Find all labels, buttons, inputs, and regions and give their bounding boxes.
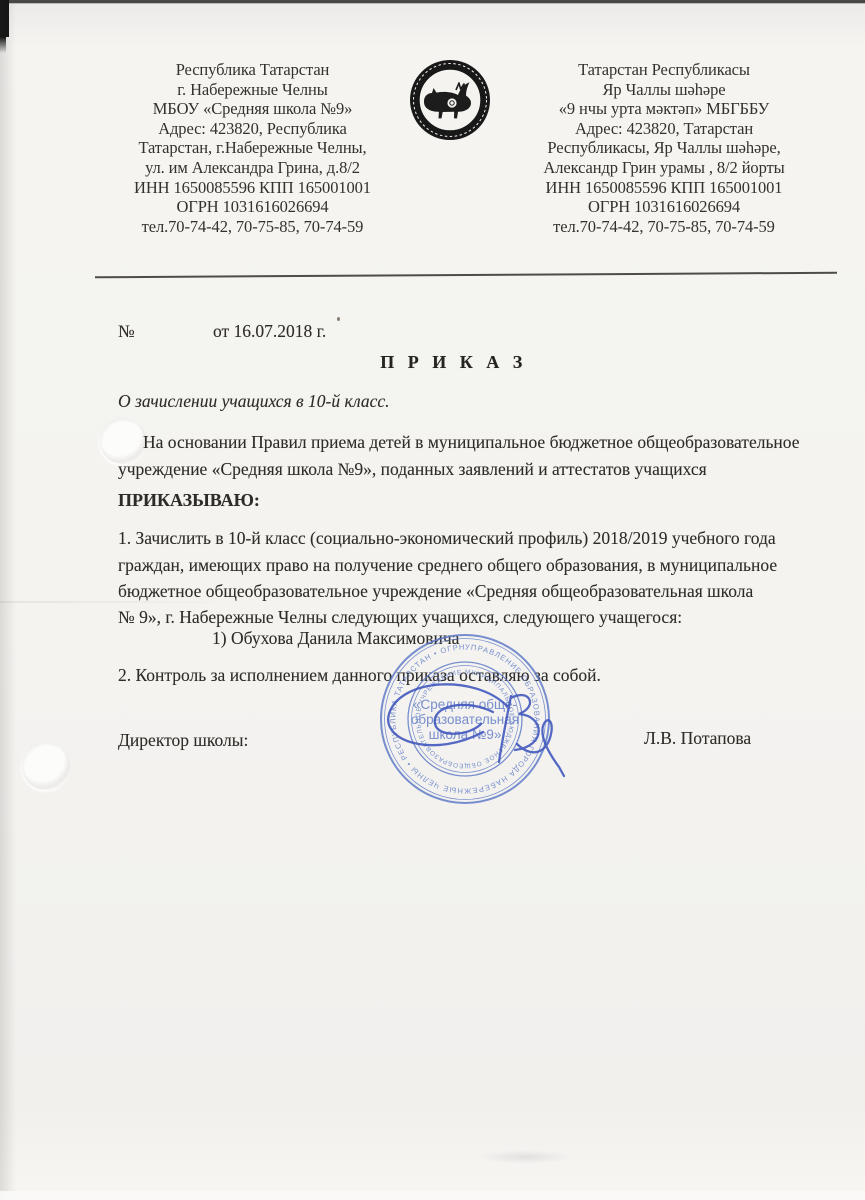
scan-edge-bottom (0, 1191, 865, 1200)
letterhead-line: МБОУ «Средняя школа №9» (95, 99, 410, 119)
letterhead-line: ул. им Александра Грина, д.8/2 (95, 158, 410, 178)
hole-punch-bottom (22, 742, 70, 790)
ink-speck (337, 317, 340, 321)
letterhead-line: ОГРН 1031616026694 (95, 197, 410, 217)
letterhead-line: Яр Чаллы шәһәре (498, 80, 830, 100)
scanned-order-document: Республика Татарстан г. Набережные Челны… (0, 0, 865, 1200)
item1-line: № 9», г. Набережные Челны следующих учащ… (118, 606, 682, 628)
item1-line: 1. Зачислить в 10-й класс (социально-эко… (118, 527, 776, 549)
director-signature (365, 666, 580, 784)
signature-label: Директор школы: (118, 729, 248, 751)
paper-edge-shade (0, 0, 16, 1200)
order-title: П Р И К А З (0, 352, 865, 373)
letterhead-russian: Республика Татарстан г. Набережные Челны… (95, 60, 410, 236)
letterhead-line: Татарстан Республикасы (498, 60, 830, 80)
letterhead-line: тел.70-74-42, 70-75-85, 70-74-59 (95, 217, 410, 237)
tatarstan-emblem-icon: ТАТАРСТАН (407, 57, 493, 143)
letterhead-line: тел.70-74-42, 70-75-85, 70-74-59 (498, 217, 830, 237)
order-date: от 16.07.2018 г. (213, 320, 326, 342)
scan-smudge (478, 1150, 573, 1164)
letterhead-line: Адрес: 423820, Республика (95, 119, 410, 139)
letterhead-tatar: Татарстан Республикасы Яр Чаллы шәһәре «… (498, 60, 830, 236)
item1-line: граждан, имеющих право на получение сред… (118, 554, 777, 576)
letterhead-line: ИНН 1650085596 КПП 165001001 (95, 178, 410, 198)
letterhead-line: г. Набережные Челны (95, 80, 410, 100)
scan-edge-top-shadow (0, 3, 865, 4)
order-subject: О зачислении учащихся в 10-й класс. (118, 390, 390, 412)
letterhead-line: Адрес: 423820, Татарстан (498, 119, 830, 139)
letterhead-divider (95, 272, 837, 279)
letterhead-line: «9 нчы урта мәктәп» МБГББУ (498, 99, 830, 119)
order-number-label: № (118, 320, 135, 342)
letterhead-line: ИНН 1650085596 КПП 165001001 (498, 178, 830, 198)
letterhead-line: Александр Грин урамы , 8/2 йорты (498, 158, 830, 178)
letterhead-line: ОГРН 1031616026694 (498, 197, 830, 217)
preamble-line: На основании Правил приема детей в муниц… (143, 431, 800, 453)
resolve-word: ПРИКАЗЫВАЮ: (118, 489, 260, 511)
signature-name: Л.В. Потапова (644, 727, 751, 749)
item1-line: бюджетное общеобразовательное учреждение… (118, 580, 753, 602)
letterhead-line: Татарстан, г.Набережные Челны, (95, 138, 410, 158)
letterhead-line: Республика Татарстан (95, 60, 410, 80)
preamble-line: учреждение «Средняя школа №9», поданных … (118, 458, 707, 480)
letterhead-line: Республикасы, Яр Чаллы шәһәре, (498, 138, 830, 158)
